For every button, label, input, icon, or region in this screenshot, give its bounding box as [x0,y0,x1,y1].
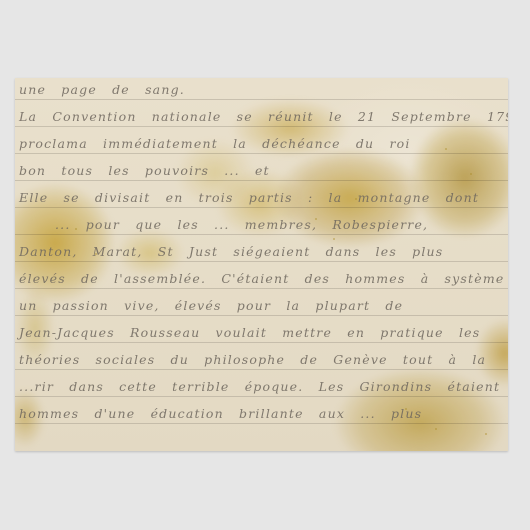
ruled-line [15,315,508,316]
handwriting-line: ... pour que les ... membres, Robespierr… [55,217,508,232]
ruled-line [15,99,508,100]
handwriting-line: Danton, Marat, St Just siégeaient dans l… [19,244,508,259]
handwriting-line: La Convention nationale se réunit le 21 … [19,109,508,124]
handwriting-line: un passion vive, élevés pour la plupart … [19,298,508,313]
handwriting-line: élevés de l'assemblée. C'étaient des hom… [19,271,508,286]
handwriting-line: proclama immédiatement la déchéance du r… [19,136,508,151]
handwriting-line: une page de sang. [19,82,508,97]
handwriting-line: hommes d'une éducation brillante aux ...… [19,406,508,421]
ruled-line [15,342,508,343]
manuscript-paper: une page de sang. La Convention national… [15,78,508,451]
handwriting-line: théories sociales du philosophe de Genèv… [19,352,508,367]
handwriting-line: ...rir dans cette terrible époque. Les G… [19,379,508,394]
handwriting-line: Jean-Jacques Rousseau voulait mettre en … [19,325,508,340]
handwriting-line: Elle se divisait en trois partis : la mo… [19,190,508,205]
handwriting-line: bon tous les pouvoirs ... et [19,163,508,178]
